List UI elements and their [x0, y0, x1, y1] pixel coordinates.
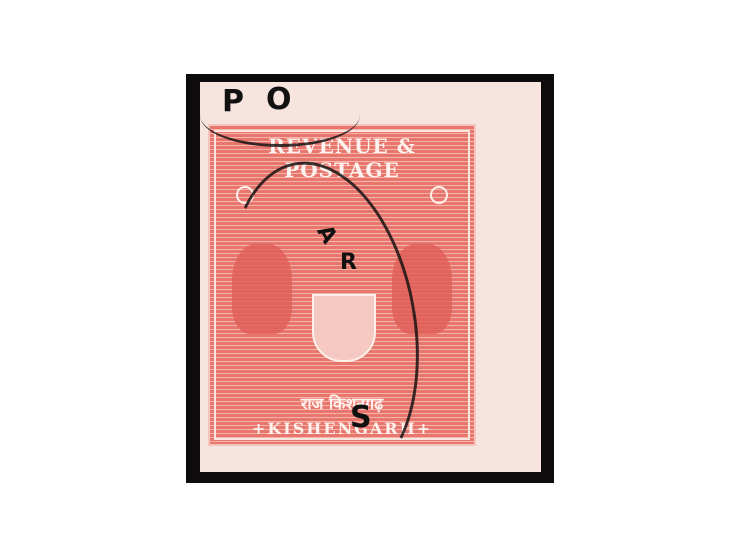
postmark-letter: O: [266, 82, 292, 117]
postmark-letter: S: [350, 400, 372, 435]
postmark-letter: P: [222, 84, 244, 119]
rosette-icon: [430, 186, 448, 204]
postmark-letter: R: [340, 250, 357, 275]
